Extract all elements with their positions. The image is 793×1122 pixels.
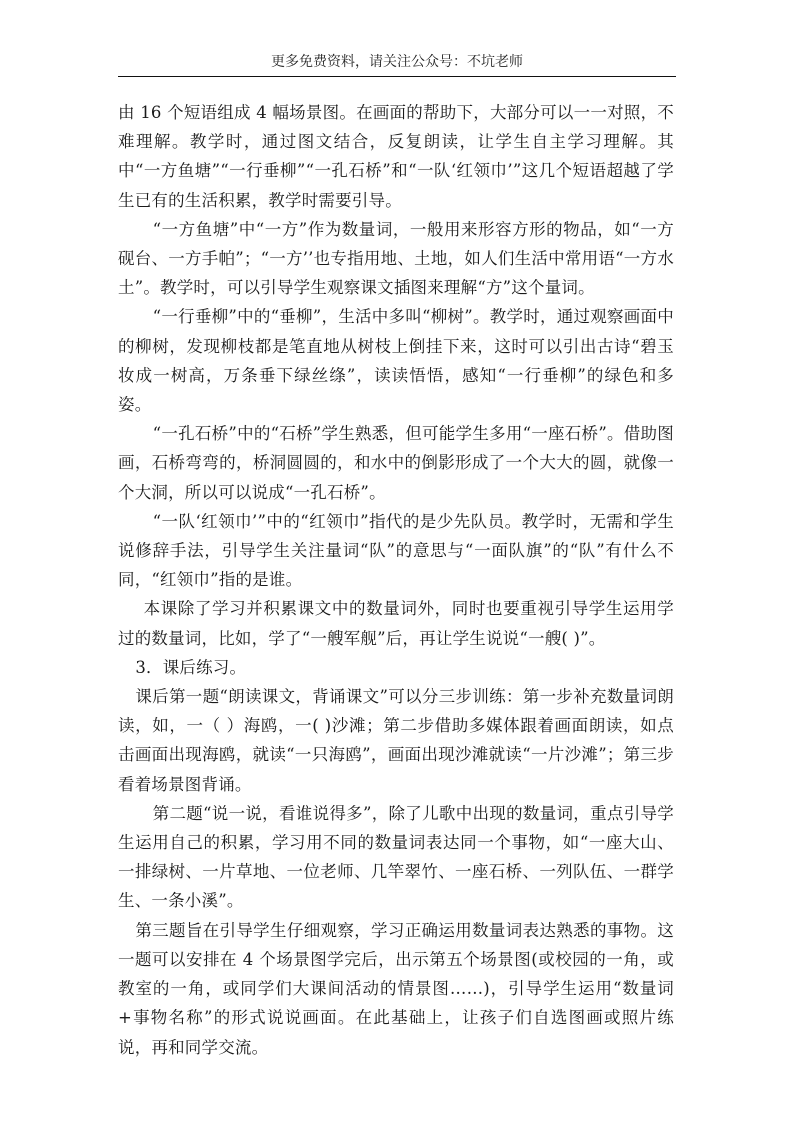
paragraph-lesson-summary: 本课除了学习并积累课文中的数量词外，同时也要重视引导学生运用学过的数量词，比如，… — [118, 594, 674, 652]
paragraph-exercise-two: 第二题“说一说，看谁说得多”，除了儿歌中出现的数量词，重点引导学生运用自己的积累… — [118, 799, 674, 916]
header-text: 更多免费资料，请关注公众号：不坑老师 — [271, 54, 523, 70]
paragraph-yifang-yutang: “一方鱼塘”中“一方”作为数量词，一般用来形容方形的物品，如“一方砚台、一方手帕… — [118, 215, 674, 303]
paragraph-exercise-three: 第三题旨在引导学生仔细观察，学习正确运用数量词表达熟悉的事物。这一题可以安排在 … — [118, 916, 674, 1062]
header-divider — [118, 76, 676, 77]
paragraph-intro: 由 16 个短语组成 4 幅场景图。在画面的帮助下，大部分可以一一对照，不难理解… — [118, 98, 674, 215]
page-header: 更多免费资料，请关注公众号：不坑老师 — [118, 52, 676, 72]
paragraph-yidui-honglingjin: “一队‘红领巾’”中的“红领巾”指代的是少先队员。教学时，无需和学生说修辞手法，… — [118, 507, 674, 595]
paragraph-yikong-shiqiao: “一孔石桥”中的“石桥”学生熟悉，但可能学生多用“一座石桥”。借助图画，石桥弯弯… — [118, 419, 674, 507]
section-heading-exercises: 3．课后练习。 — [118, 653, 674, 682]
paragraph-yihang-chuiliu: “一行垂柳”中的“垂柳”，生活中多叫“柳树”。教学时，通过观察画面中的柳树，发现… — [118, 302, 674, 419]
document-body: 由 16 个短语组成 4 幅场景图。在画面的帮助下，大部分可以一一对照，不难理解… — [118, 98, 674, 1062]
paragraph-exercise-one: 课后第一题“朗读课文，背诵课文”可以分三步训练：第一步补充数量词朗读，如，一（ … — [118, 682, 674, 799]
